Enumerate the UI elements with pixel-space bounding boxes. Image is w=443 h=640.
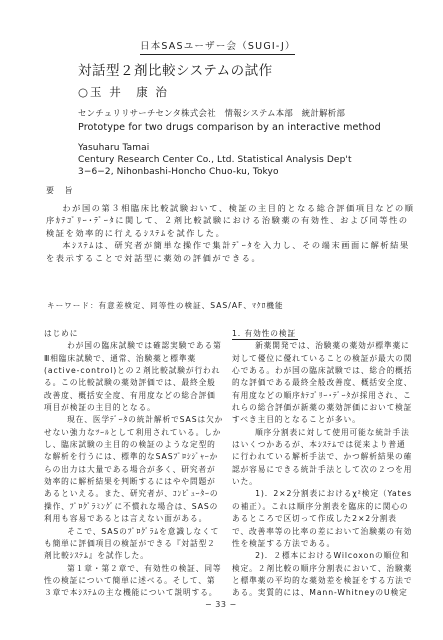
address-en: 3−6−2, Nihonbashi-Honcho Chuo-ku, Tokyo [78,167,279,177]
conference-header: 日本SASユーザー会（SUGI-J） [140,38,295,55]
abstract-label: 要 旨 [46,185,77,196]
body-paragraph: 新薬開発では、治験薬の薬効が標準薬に対して優位に優れていることの検証が最大の関心… [232,340,413,426]
abstract-body: わが国の第３相臨床比較試験おいて、検証の主目的となる総合評価項目などの順序ｶﾃｺ… [46,202,418,264]
section-heading-1-text: 1. 有効性の検証 [232,328,298,340]
body-paragraph: そこで、SASのﾌﾟﾛｸﾞﾗﾑを意識しなくても簡単に評価項目の検証ができる『対話… [44,526,224,563]
author-ja: ○玉 井 康 治 [78,84,169,100]
section-heading-1: 1. 有効性の検証 [232,328,413,340]
right-column: 1. 有効性の検証 新薬開発では、治験薬の薬効が標準薬に対して優位に優れているこ… [232,328,413,600]
paper-title-ja: 対話型２剤比較システムの試作 [78,59,273,79]
body-paragraph: わが国の臨床試験では確認実験である第Ⅲ相臨床試験で、通常、治験薬と標準薬(act… [44,340,224,414]
body-paragraph: 順序分割表に対して使用可能な統計手法はいくつかあるが、本ｼｽﾃﾑでは従来より普通… [232,427,413,489]
keywords: キーワード：有意差検定、同等性の検証、SAS/AF、ﾏｸﾛ機能 [47,300,284,311]
page-number: − 33 − [205,600,237,609]
body-paragraph: 2)．２標本におけるWilcoxonの順位和検定。２剤比較の順序分割表において、… [232,550,413,599]
abstract-paragraph: わが国の第３相臨床比較試験おいて、検証の主目的となる総合評価項目などの順序ｶﾃｺ… [46,202,418,239]
abstract-paragraph: 本ｼｽﾃﾑは、研究者が簡単な操作で集計ﾃﾞｰﾀを入力し、その端末画面に解析結果を… [46,239,418,264]
left-column: はじめに わが国の臨床試験では確認実験である第Ⅲ相臨床試験で、通常、治験薬と標準… [44,328,224,600]
author-en: Yasuharu Tamai [78,143,149,153]
affiliation-en: Century Research Center Co., Ltd. Statis… [78,155,352,165]
body-paragraph: 1)．2×2分割表におけるχ²検定（Yatesの補正）。これは順序分割表を臨床的… [232,488,413,550]
body-paragraph: 現在、医学ﾃﾞｰﾀの統計解析でSASは欠かせない強力なﾂｰﾙとして利用されている… [44,414,224,525]
section-heading-intro: はじめに [44,328,224,340]
body-paragraph: 第１章・第２章で、有効性の検証、同等性の検証について簡単に述べる。そして、第３章… [44,563,224,600]
paper-title-en: Prototype for two drugs comparison by an… [78,122,381,133]
affiliation-ja: センチュリリサーチセンタ株式会社 情報システム本部 統計解析部 [78,107,345,119]
